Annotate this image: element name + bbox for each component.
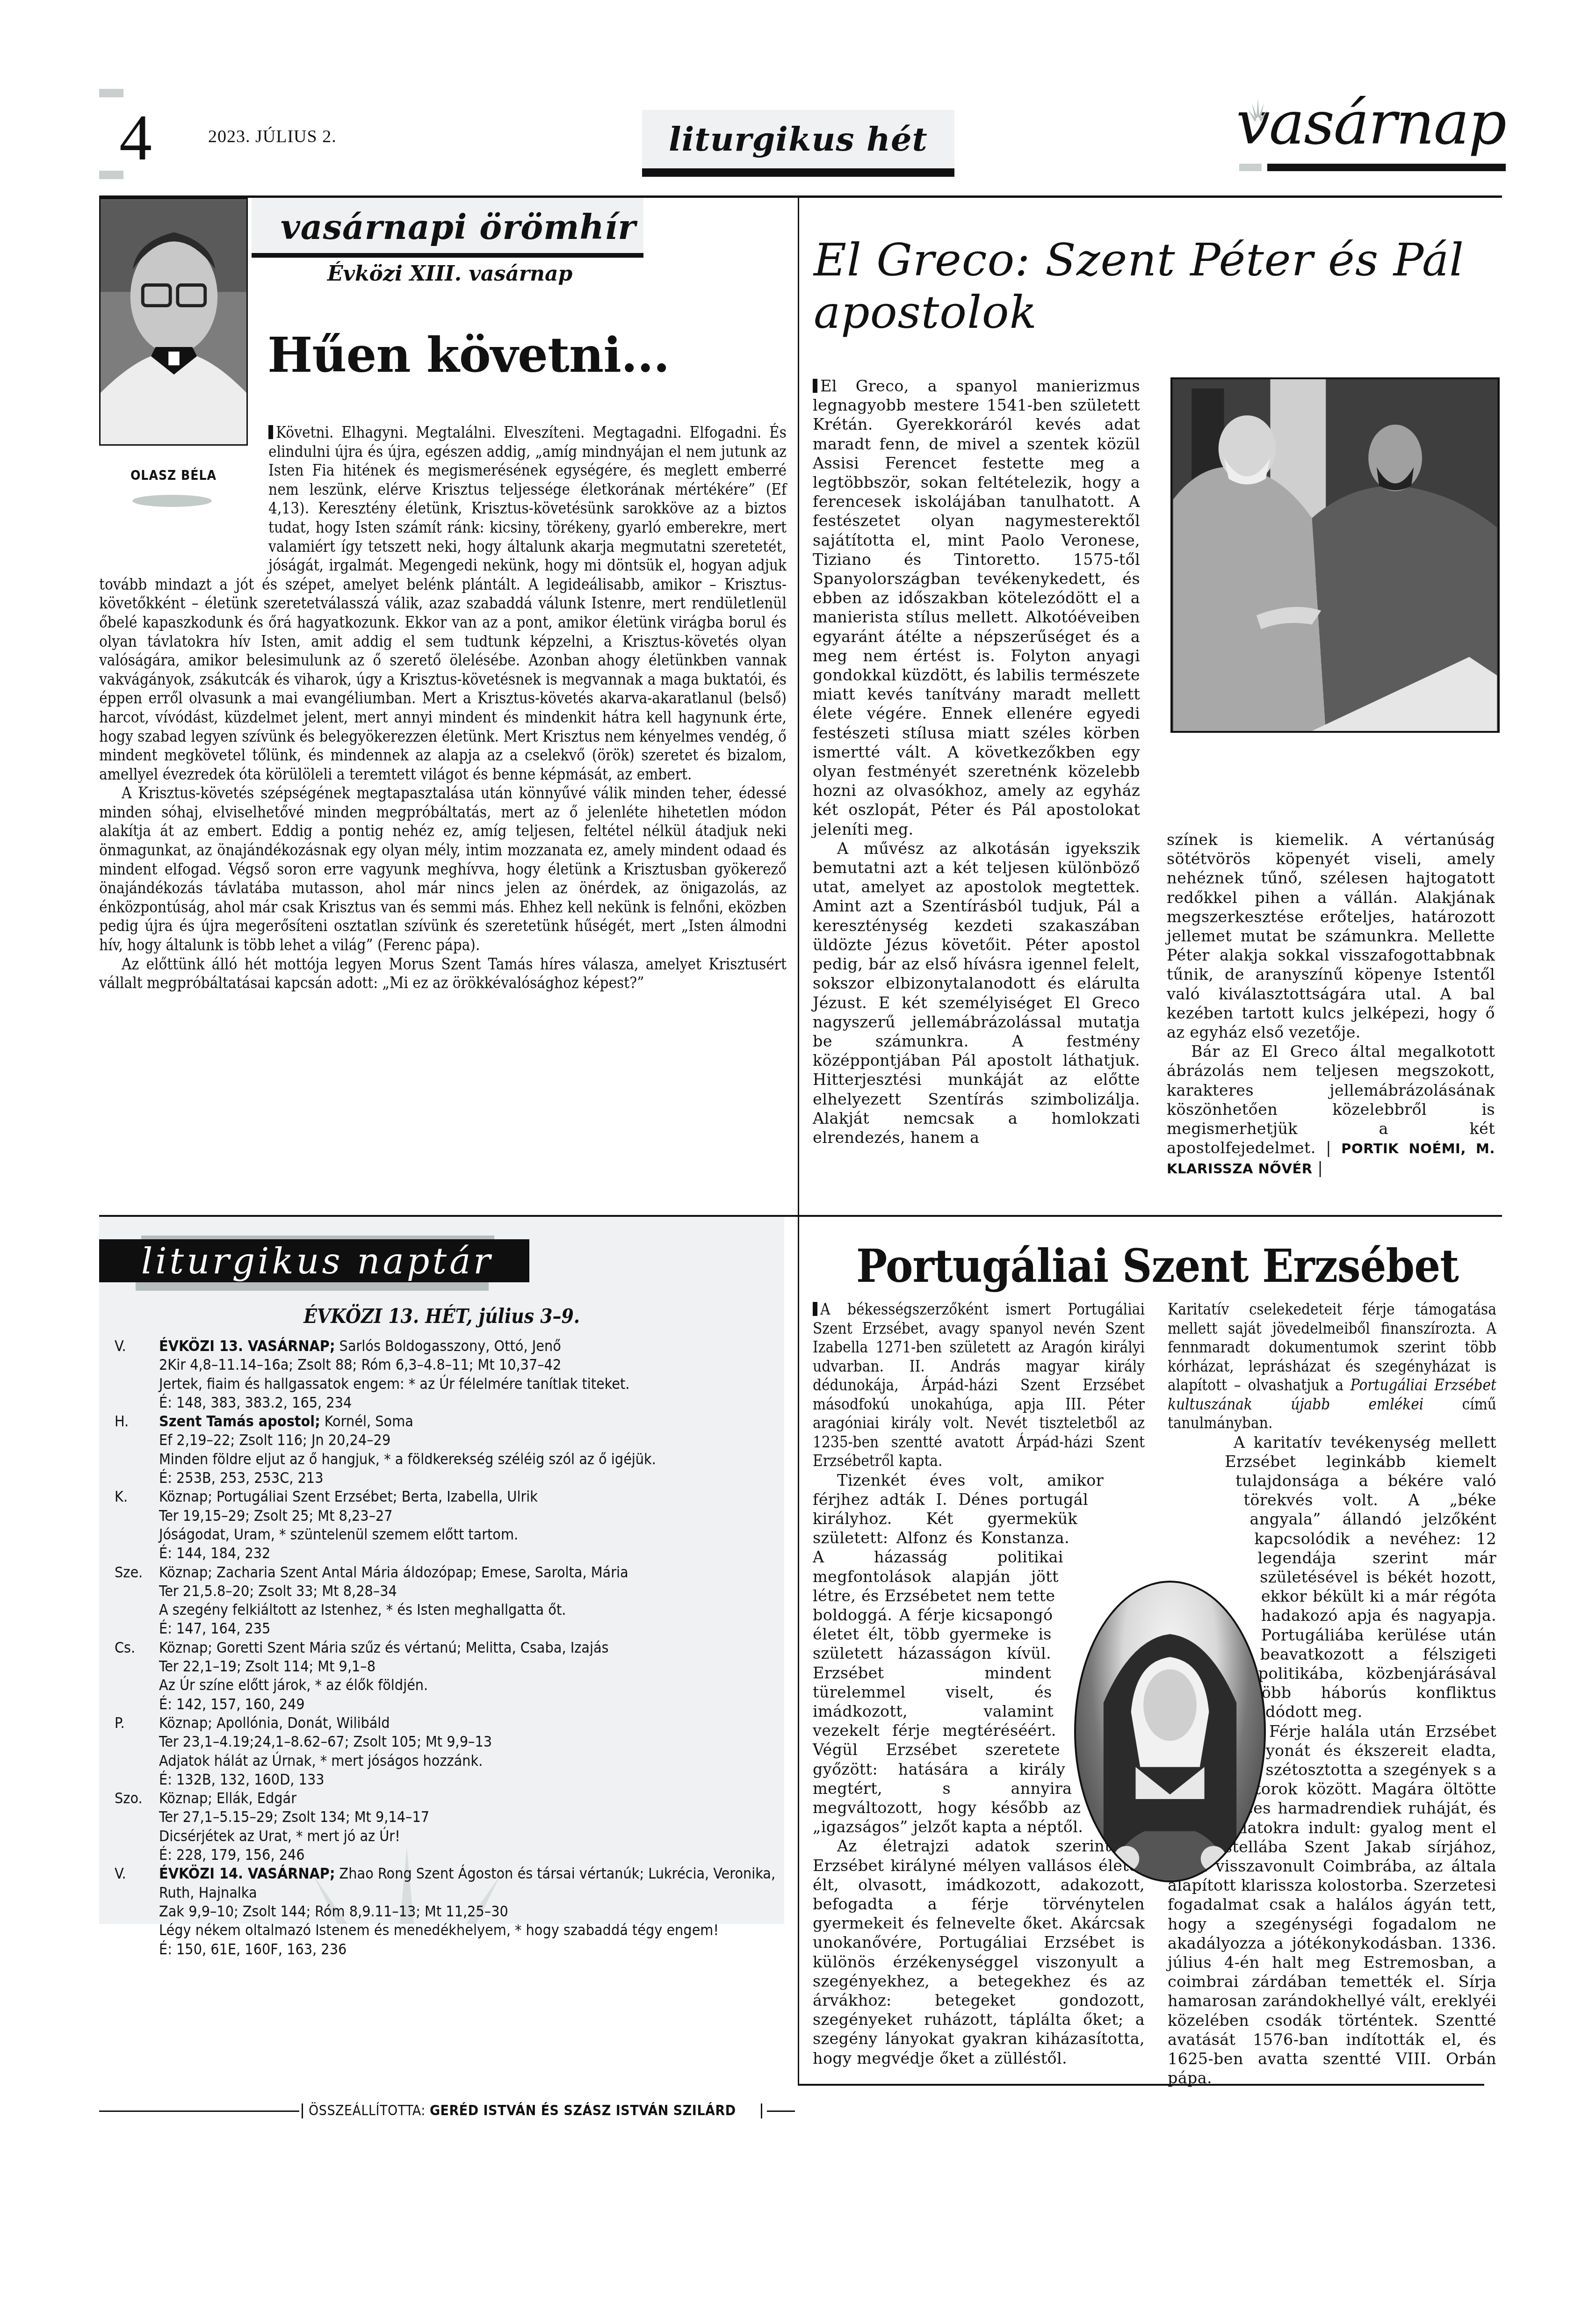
- calendar-day: Sze. Köznap; Zacharia Szent Antal Mária …: [115, 1563, 779, 1638]
- calendar-title-box: liturgikus naptár: [99, 1239, 529, 1282]
- page-number-bar-bottom: [99, 171, 123, 179]
- calendar-day: V. ÉVKÖZI 13. VASÁRNAP; Sarlós Boldogass…: [115, 1337, 779, 1412]
- masthead: vasárnap: [1239, 94, 1506, 159]
- calendar-title-accent-bottom: [136, 1282, 489, 1291]
- paragraph: Karitatív cselekedeteit férje támogatása…: [1168, 1300, 1496, 1433]
- greco-column-2: színek is kiemelik. A vértanúság sötétvö…: [1167, 830, 1495, 1179]
- calendar-day: H. Szent Tamás apostol; Kornél, Soma Ef …: [115, 1412, 779, 1487]
- lead-marker-icon: [813, 1302, 817, 1316]
- article-headline: Hűen követni...: [267, 327, 670, 383]
- author-portrait: [99, 198, 248, 446]
- painting-image: [1170, 377, 1500, 733]
- lead-marker-icon: [268, 425, 273, 439]
- rubric-title: vasárnapi örömhír: [281, 207, 636, 247]
- credit-rule-left: [99, 2110, 299, 2112]
- calendar-day-list: V. ÉVKÖZI 13. VASÁRNAP; Sarlós Boldogass…: [115, 1337, 779, 1959]
- article-subtitle: Évközi XIII. vasárnap: [327, 262, 572, 286]
- calendar-week: ÉVKÖZI 13. HÉT, július 3–9.: [99, 1305, 784, 1328]
- rubric-box: vasárnapi örömhír: [252, 198, 643, 258]
- section-label-box: liturgikus hét: [642, 110, 954, 177]
- calendar-day: P. Köznap; Apollónia, Donát, Wilibáld Te…: [115, 1713, 779, 1789]
- lead-marker-icon: [813, 379, 817, 393]
- page-number-bar-top: [99, 89, 123, 97]
- credit-rule-right: [767, 2110, 795, 2112]
- saint-portrait-image: [1074, 1581, 1266, 1882]
- issue-date: 2023. JÚLIUS 2.: [208, 126, 337, 147]
- calendar-day: V. ÉVKÖZI 14. VASÁRNAP; Zhao Rong Szent …: [115, 1864, 779, 1958]
- paragraph: Bár az El Greco által megalkotott ábrázo…: [1167, 1042, 1495, 1178]
- paragraph: színek is kiemelik. A vértanúság sötétvö…: [1167, 830, 1495, 1042]
- calendar-credit: ÖSSZEÁLLÍTOTTA: GERÉD ISTVÁN ÉS SZÁSZ IS…: [309, 2103, 736, 2119]
- masthead-title: vasárnap: [1236, 94, 1506, 153]
- column-divider-top: [798, 195, 799, 1215]
- paragraph: A művész az alkotásán igyekszik bemutatn…: [813, 839, 1140, 1147]
- masthead-rule: [1239, 164, 1506, 171]
- greco-article-title: El Greco: Szent Péter és Pál apostolok: [814, 234, 1468, 339]
- calendar-day: Cs. Köznap; Goretti Szent Mária szűz és …: [115, 1638, 779, 1713]
- paragraph: Az életrajzi adatok szerint Erzsébet kir…: [813, 1836, 1145, 2067]
- credit-bar-right: [761, 2103, 762, 2118]
- column-divider-bottom: [798, 1217, 799, 2086]
- float-spacer: [99, 423, 268, 574]
- erzsebet-article-title: Portugáliai Szent Erzsébet: [814, 1239, 1501, 1293]
- wheat-sun-icon: [1246, 98, 1270, 136]
- paragraph: Az előttünk álló hét mottója legyen Moru…: [99, 955, 787, 993]
- calendar-day: Szo. Köznap; Ellák, Edgár Ter 27,1–5.15–…: [115, 1789, 779, 1864]
- page-number: 4: [119, 105, 152, 171]
- paragraph: A Krisztus-követés szépségének megtapasz…: [99, 784, 787, 954]
- calendar-day: K. Köznap; Portugáliai Szent Erzsébet; B…: [115, 1487, 779, 1562]
- paragraph: El Greco, a spanyol manierizmus legnagyo…: [813, 376, 1140, 839]
- calendar-title: liturgikus naptár: [141, 1240, 493, 1282]
- saint-elizabeth-oval-portrait-icon: [1076, 1583, 1264, 1880]
- greco-column-1: El Greco, a spanyol manierizmus legnagyo…: [813, 376, 1140, 1147]
- portrait-photo-icon: [101, 199, 246, 444]
- section-label: liturgikus hét: [669, 120, 928, 159]
- credit-bar-left: [302, 2103, 303, 2118]
- painting-peter-and-paul-icon: [1172, 379, 1498, 731]
- erzsebet-bottom-rule: [798, 2084, 1484, 2086]
- gospel-article-body: Követni. Elhagyni. Megtalálni. Elveszíte…: [99, 423, 787, 1218]
- paragraph: A békességszerzőként ismert Portugáliai …: [813, 1300, 1145, 1471]
